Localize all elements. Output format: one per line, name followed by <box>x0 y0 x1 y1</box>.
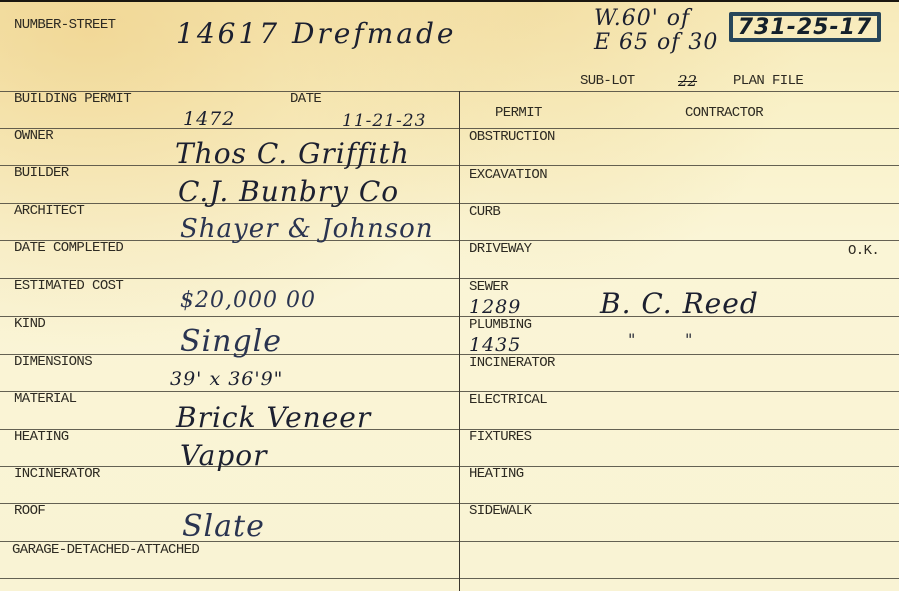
number-street-value: 14617 Drefmade <box>176 20 456 48</box>
architect-label: ARCHITECT <box>14 204 84 218</box>
incinerator-permit-label: INCINERATOR <box>469 356 555 370</box>
owner-label: OWNER <box>14 129 53 143</box>
architect-value: Shayer & Johnson <box>180 216 434 242</box>
material-label: MATERIAL <box>14 392 76 406</box>
curb-label: CURB <box>469 205 500 219</box>
sewer-permit-number: 1289 <box>469 298 521 317</box>
estimated-cost-label: ESTIMATED COST <box>14 279 123 293</box>
building-permit-value: 1472 <box>183 110 235 129</box>
rule <box>0 316 899 317</box>
sewer-contractor: B. C. Reed <box>600 290 759 318</box>
date-label: DATE <box>290 92 321 106</box>
dimensions-value: 39' x 36'9" <box>170 370 283 389</box>
kind-value: Single <box>180 327 282 357</box>
builder-value: C.J. Bunbry Co <box>178 178 399 206</box>
parcel-number: 731-25-17 <box>738 15 872 40</box>
driveway-label: DRIVEWAY <box>469 242 531 256</box>
permit-header: PERMIT <box>495 106 542 120</box>
plan-file-label: PLAN FILE <box>733 74 803 88</box>
sub-lot-label: SUB-LOT <box>580 74 635 88</box>
rule <box>0 391 899 392</box>
heating-value: Vapor <box>180 442 268 470</box>
date-completed-label: DATE COMPLETED <box>14 241 123 255</box>
rule <box>0 578 899 579</box>
rule <box>0 278 899 279</box>
rule <box>0 203 899 204</box>
roof-value: Slate <box>182 512 265 542</box>
sub-lot-value: 22 <box>678 72 697 90</box>
plumbing-label: PLUMBING <box>469 318 531 332</box>
rule <box>0 165 899 166</box>
garage-label: GARAGE-DETACHED-ATTACHED <box>12 543 199 557</box>
permit-record-card: NUMBER-STREET 14617 Drefmade W.60' of E … <box>0 0 899 591</box>
heating-label: HEATING <box>14 430 69 444</box>
excavation-label: EXCAVATION <box>469 168 547 182</box>
rule <box>0 240 899 241</box>
electrical-label: ELECTRICAL <box>469 393 547 407</box>
building-permit-label: BUILDING PERMIT <box>14 92 131 106</box>
number-street-label: NUMBER-STREET <box>14 18 115 32</box>
obstruction-label: OBSTRUCTION <box>469 130 555 144</box>
heating-permit-label: HEATING <box>469 467 524 481</box>
rule <box>0 466 899 467</box>
material-value: Brick Veneer <box>176 404 371 432</box>
rule <box>0 128 899 129</box>
owner-value: Thos C. Griffith <box>175 140 410 168</box>
rule <box>0 91 899 92</box>
kind-label: KIND <box>14 317 45 331</box>
rule <box>0 503 899 504</box>
fixtures-label: FIXTURES <box>469 430 531 444</box>
legal-description-line2: E 65 of 30 <box>594 32 718 54</box>
estimated-cost-value: $20,000 00 <box>180 290 316 312</box>
dimensions-label: DIMENSIONS <box>14 355 92 369</box>
contractor-header: CONTRACTOR <box>685 106 763 120</box>
roof-label: ROOF <box>14 504 45 518</box>
date-value: 11-21-23 <box>342 113 426 130</box>
parcel-number-stamp: 731-25-17 <box>729 12 881 42</box>
plumbing-permit-number: 1435 <box>469 336 521 355</box>
incinerator-label: INCINERATOR <box>14 467 100 481</box>
rule <box>0 354 899 355</box>
driveway-note: O.K. <box>848 244 879 258</box>
column-divider <box>459 91 460 591</box>
sidewalk-label: SIDEWALK <box>469 504 531 518</box>
legal-description-line1: W.60' of <box>594 8 690 30</box>
builder-label: BUILDER <box>14 166 69 180</box>
sewer-label: SEWER <box>469 280 508 294</box>
rule <box>0 429 899 430</box>
plumbing-contractor-ditto: " " <box>628 332 693 348</box>
